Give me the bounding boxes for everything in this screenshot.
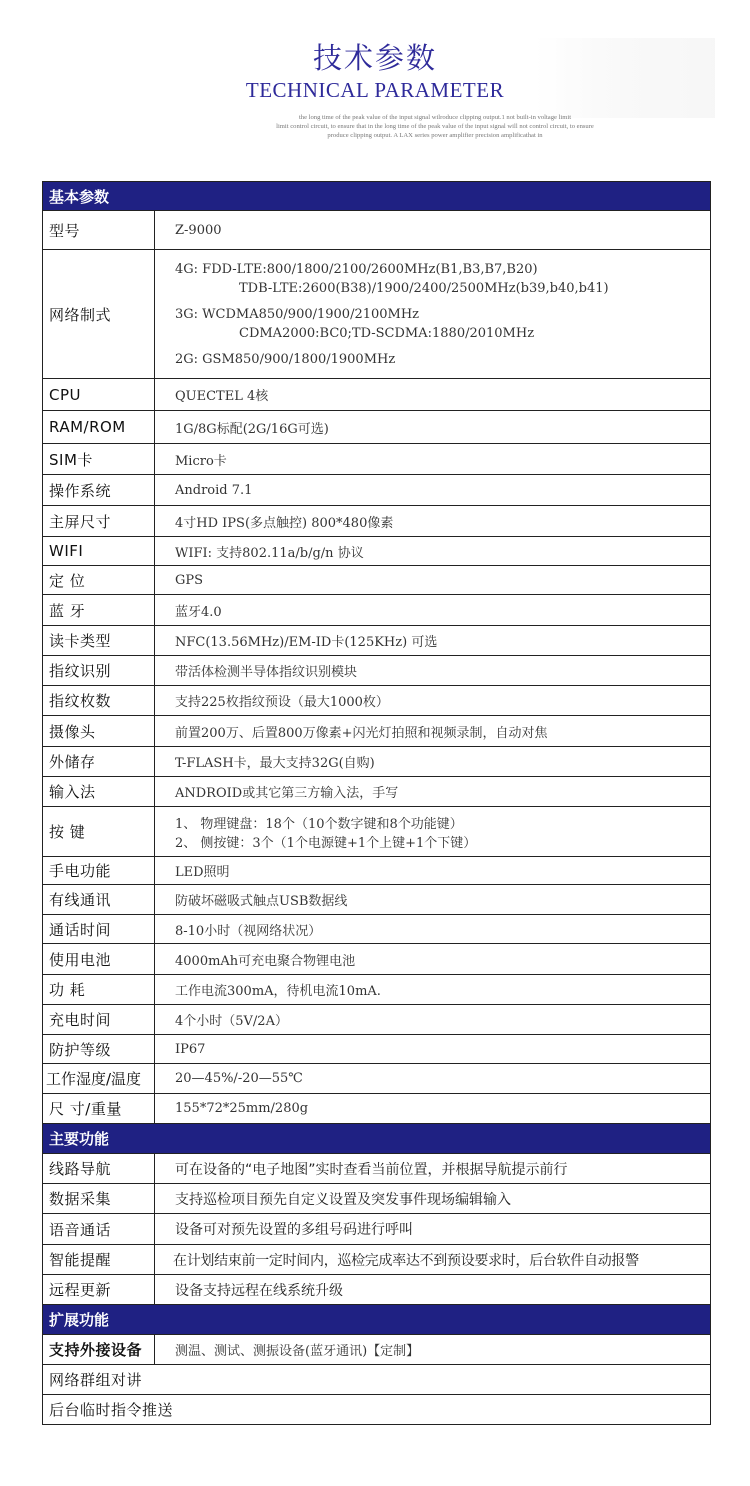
key-line: 1、 物理键盘：18个（10个数字键和8个功能键） bbox=[175, 813, 710, 832]
row-value: GPS bbox=[155, 566, 710, 594]
page-title-cn: 技术参数 bbox=[0, 36, 750, 77]
row-label: 防护等级 bbox=[43, 1035, 155, 1063]
row-value: 1G/8G标配(2G/16G可选) bbox=[155, 411, 710, 443]
row-value: 20—45%/-20—55℃ bbox=[155, 1064, 710, 1093]
row-value: Micro卡 bbox=[155, 444, 710, 474]
subtitle-line: the long time of the peak value of the i… bbox=[200, 113, 670, 122]
table-row: 数据采集 支持巡检项目预先自定义设置及突发事件现场编辑输入 bbox=[43, 1184, 710, 1214]
row-label-full: 网络群组对讲 bbox=[43, 1365, 710, 1394]
row-value: 支持225枚指纹预设（最大1000枚） bbox=[155, 686, 710, 715]
table-row: 外储存 T-FLASH卡，最大支持32G(自购) bbox=[43, 747, 710, 777]
row-label: 定 位 bbox=[43, 566, 155, 594]
table-row: 操作系统 Android 7.1 bbox=[43, 475, 710, 506]
row-label: 线路导航 bbox=[43, 1154, 155, 1183]
row-value: IP67 bbox=[155, 1035, 710, 1063]
table-row: SIM卡 Micro卡 bbox=[43, 444, 710, 475]
row-value: ANDROID或其它第三方输入法，手写 bbox=[155, 777, 710, 806]
row-value: 8-10小时（视网络状况） bbox=[155, 915, 710, 943]
row-value: QUECTEL 4核 bbox=[155, 379, 710, 410]
table-row: 摄像头 前置200万、后置800万像素+闪光灯拍照和视频录制，自动对焦 bbox=[43, 716, 710, 747]
row-value: 工作电流300mA，待机电流10mA. bbox=[155, 975, 710, 1004]
row-value: 155*72*25mm/280g bbox=[155, 1094, 710, 1123]
table-row: 尺 寸/重量 155*72*25mm/280g bbox=[43, 1094, 710, 1124]
table-row: 充电时间 4个小时（5V/2A） bbox=[43, 1005, 710, 1035]
row-label: 使用电池 bbox=[43, 944, 155, 974]
section-header-extended-functions: 扩展功能 bbox=[43, 1305, 710, 1335]
row-label-full: 后台临时指令推送 bbox=[43, 1395, 710, 1424]
row-label: 按 键 bbox=[43, 807, 155, 856]
table-row: 远程更新 设备支持远程在线系统升级 bbox=[43, 1275, 710, 1305]
table-row: 功 耗 工作电流300mA，待机电流10mA. bbox=[43, 975, 710, 1005]
table-row: 输入法 ANDROID或其它第三方输入法，手写 bbox=[43, 777, 710, 807]
table-row: 指纹识别 带活体检测半导体指纹识别模块 bbox=[43, 656, 710, 686]
key-line: 2、 侧按键：3个（1个电源键+1个上键+1个下键） bbox=[175, 832, 710, 851]
table-row: 读卡类型 NFC(13.56MHz)/EM-ID卡(125KHz) 可选 bbox=[43, 626, 710, 656]
row-label: 语音通话 bbox=[43, 1214, 155, 1244]
row-label: 智能提醒 bbox=[43, 1245, 155, 1274]
row-value: 可在设备的“电子地图”实时查看当前位置，并根据导航提示前行 bbox=[155, 1154, 710, 1183]
row-label: 输入法 bbox=[43, 777, 155, 806]
row-label: 支持外接设备 bbox=[43, 1335, 155, 1364]
row-value: 支持巡检项目预先自定义设置及突发事件现场编辑输入 bbox=[155, 1184, 710, 1213]
row-label: 有线通讯 bbox=[43, 885, 155, 914]
table-row: 定 位 GPS bbox=[43, 566, 710, 595]
network-line: CDMA2000:BC0;TD-SCDMA:1880/2010MHz bbox=[175, 324, 710, 343]
row-value: 测温、测试、测振设备(蓝牙通讯)【定制】 bbox=[155, 1335, 710, 1364]
table-row: CPU QUECTEL 4核 bbox=[43, 379, 710, 411]
row-value: 蓝牙4.0 bbox=[155, 595, 710, 625]
row-label: 工作湿度/温度 bbox=[43, 1064, 155, 1093]
row-value: NFC(13.56MHz)/EM-ID卡(125KHz) 可选 bbox=[155, 626, 710, 655]
row-label: 通话时间 bbox=[43, 915, 155, 943]
row-label: 手电功能 bbox=[43, 857, 155, 884]
subtitle-line: produce clipping output. A LAX series po… bbox=[200, 131, 670, 140]
row-label: 主屏尺寸 bbox=[43, 506, 155, 536]
row-value: 设备支持远程在线系统升级 bbox=[155, 1275, 710, 1304]
table-row: 蓝 牙 蓝牙4.0 bbox=[43, 595, 710, 626]
table-row: 网络制式 4G: FDD-LTE:800/1800/2100/2600MHz(B… bbox=[43, 250, 710, 379]
row-label: 功 耗 bbox=[43, 975, 155, 1004]
row-value: 4个小时（5V/2A） bbox=[155, 1005, 710, 1034]
row-value: 1、 物理键盘：18个（10个数字键和8个功能键） 2、 侧按键：3个（1个电源… bbox=[155, 807, 710, 856]
section-header-basic: 基本参数 bbox=[43, 182, 710, 211]
page-title-en: TECHNICAL PARAMETER bbox=[0, 78, 750, 103]
row-label: WIFI bbox=[43, 537, 155, 565]
row-label: 指纹枚数 bbox=[43, 686, 155, 715]
table-row: RAM/ROM 1G/8G标配(2G/16G可选) bbox=[43, 411, 710, 444]
table-row: 使用电池 4000mAh可充电聚合物锂电池 bbox=[43, 944, 710, 975]
row-value: 前置200万、后置800万像素+闪光灯拍照和视频录制，自动对焦 bbox=[155, 716, 710, 746]
table-row: 智能提醒 在计划结束前一定时间内，巡检完成率达不到预设要求时，后台软件自动报警 bbox=[43, 1245, 710, 1275]
row-label: CPU bbox=[43, 379, 155, 410]
network-line: 2G: GSM850/900/1800/1900MHz bbox=[175, 350, 710, 369]
row-label: 摄像头 bbox=[43, 716, 155, 746]
row-label: SIM卡 bbox=[43, 444, 155, 474]
row-value: WIFI: 支持802.11a/b/g/n 协议 bbox=[155, 537, 710, 565]
row-label: 充电时间 bbox=[43, 1005, 155, 1034]
row-value: T-FLASH卡，最大支持32G(自购) bbox=[155, 747, 710, 776]
table-row: WIFI WIFI: 支持802.11a/b/g/n 协议 bbox=[43, 537, 710, 566]
row-value: Z-9000 bbox=[155, 211, 710, 249]
row-label: 数据采集 bbox=[43, 1184, 155, 1213]
network-line: 4G: FDD-LTE:800/1800/2100/2600MHz(B1,B3,… bbox=[175, 260, 710, 279]
row-label: 指纹识别 bbox=[43, 656, 155, 685]
subtitle-text: the long time of the peak value of the i… bbox=[200, 113, 670, 140]
spec-table: 基本参数 型号 Z-9000 网络制式 4G: FDD-LTE:800/1800… bbox=[42, 181, 711, 1425]
row-value: LED照明 bbox=[155, 857, 710, 884]
table-row: 防护等级 IP67 bbox=[43, 1035, 710, 1064]
table-row: 语音通话 设备可对预先设置的多组号码进行呼叫 bbox=[43, 1214, 710, 1245]
row-value: 在计划结束前一定时间内，巡检完成率达不到预设要求时，后台软件自动报警 bbox=[155, 1245, 710, 1274]
row-value: 4G: FDD-LTE:800/1800/2100/2600MHz(B1,B3,… bbox=[155, 250, 710, 378]
row-value: 设备可对预先设置的多组号码进行呼叫 bbox=[155, 1214, 710, 1244]
row-label: 外储存 bbox=[43, 747, 155, 776]
row-label: 蓝 牙 bbox=[43, 595, 155, 625]
network-line: TDB-LTE:2600(B38)/1900/2400/2500MHz(b39,… bbox=[175, 279, 710, 298]
row-value: Android 7.1 bbox=[155, 475, 710, 505]
row-value: 带活体检测半导体指纹识别模块 bbox=[155, 656, 710, 685]
row-value: 4000mAh可充电聚合物锂电池 bbox=[155, 944, 710, 974]
row-label: 尺 寸/重量 bbox=[43, 1094, 155, 1123]
row-label: RAM/ROM bbox=[43, 411, 155, 443]
table-row: 主屏尺寸 4寸HD IPS(多点触控) 800*480像素 bbox=[43, 506, 710, 537]
table-row: 按 键 1、 物理键盘：18个（10个数字键和8个功能键） 2、 侧按键：3个（… bbox=[43, 807, 710, 857]
table-row: 网络群组对讲 bbox=[43, 1365, 710, 1395]
table-row: 支持外接设备 测温、测试、测振设备(蓝牙通讯)【定制】 bbox=[43, 1335, 710, 1365]
table-row: 手电功能 LED照明 bbox=[43, 857, 710, 885]
network-line: 3G: WCDMA850/900/1900/2100MHz bbox=[175, 305, 710, 324]
table-row: 工作湿度/温度 20—45%/-20—55℃ bbox=[43, 1064, 710, 1094]
table-row: 通话时间 8-10小时（视网络状况） bbox=[43, 915, 710, 944]
row-label: 型号 bbox=[43, 211, 155, 249]
row-value: 防破坏磁吸式触点USB数据线 bbox=[155, 885, 710, 914]
row-value: 4寸HD IPS(多点触控) 800*480像素 bbox=[155, 506, 710, 536]
table-row: 后台临时指令推送 bbox=[43, 1395, 710, 1424]
section-header-main-functions: 主要功能 bbox=[43, 1124, 710, 1154]
table-row: 指纹枚数 支持225枚指纹预设（最大1000枚） bbox=[43, 686, 710, 716]
table-row: 线路导航 可在设备的“电子地图”实时查看当前位置，并根据导航提示前行 bbox=[43, 1154, 710, 1184]
table-row: 型号 Z-9000 bbox=[43, 211, 710, 250]
table-row: 有线通讯 防破坏磁吸式触点USB数据线 bbox=[43, 885, 710, 915]
row-label: 操作系统 bbox=[43, 475, 155, 505]
subtitle-line: limit control circuit, to ensure that in… bbox=[200, 122, 670, 131]
row-label: 读卡类型 bbox=[43, 626, 155, 655]
row-label: 远程更新 bbox=[43, 1275, 155, 1304]
row-label: 网络制式 bbox=[43, 250, 155, 378]
